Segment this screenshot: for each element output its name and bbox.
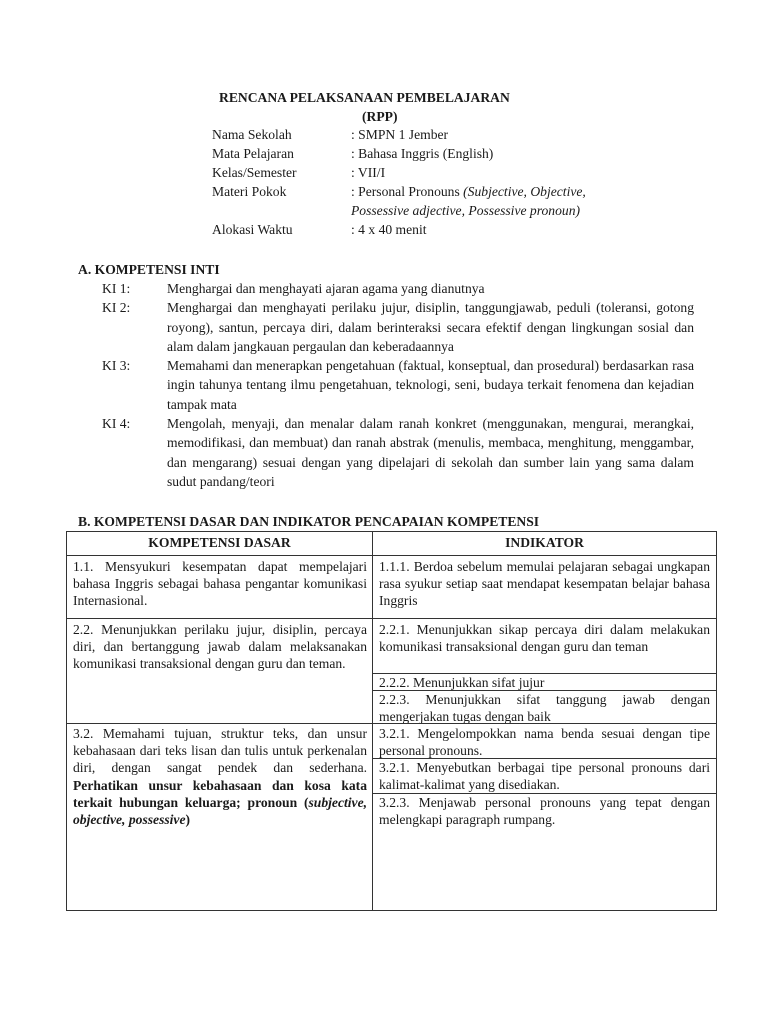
ki-text: Menghargai dan menghayati perilaku jujur…	[167, 298, 694, 356]
kd-cell: 1.1. Mensyukuri kesempatan dapat mempela…	[73, 558, 367, 610]
kd-text: 3.2. Memahami tujuan, struktur teks, dan…	[73, 726, 367, 775]
row-divider	[67, 555, 716, 556]
info-label: Kelas/Semester	[212, 163, 297, 182]
info-label: Nama Sekolah	[212, 125, 292, 144]
info-value: : VII/I	[351, 163, 385, 182]
ki-item: KI 3: Memahami dan menerapkan pengetahua…	[102, 356, 694, 414]
indicator-cell: 1.1.1. Berdoa sebelum memulai pelajaran …	[379, 558, 710, 610]
ki-item: KI 2: Menghargai dan menghayati perilaku…	[102, 298, 694, 356]
ki-item: KI 1: Menghargai dan menghayati ajaran a…	[102, 279, 694, 298]
ki-item: KI 4: Mengolah, menyaji, dan menalar dal…	[102, 414, 694, 491]
competency-table: KOMPETENSI DASAR INDIKATOR 1.1. Mensyuku…	[66, 531, 717, 911]
row-divider	[67, 723, 716, 724]
info-value-continued: Possessive adjective, Possessive pronoun…	[351, 201, 580, 220]
indicator-cell: 3.2.3. Menjawab personal pronouns yang t…	[379, 794, 710, 828]
indicator-cell: 3.2.1. Menyebutkan berbagai tipe persona…	[379, 759, 710, 793]
section-b-heading: B. KOMPETENSI DASAR DAN INDIKATOR PENCAP…	[78, 512, 539, 531]
indicator-cell: 2.2.2. Menunjukkan sifat jujur	[379, 674, 710, 691]
ki-text: Memahami dan menerapkan pengetahuan (fak…	[167, 356, 694, 414]
title-line-2: (RPP)	[362, 107, 397, 126]
title-line-1: RENCANA PELAKSANAAN PEMBELAJARAN	[219, 88, 510, 107]
indicator-cell: 2.2.1. Menunjukkan sikap percaya diri da…	[379, 621, 710, 655]
ki-code: KI 2:	[102, 298, 130, 317]
ki-code: KI 4:	[102, 414, 130, 433]
section-a-heading: A. KOMPETENSI INTI	[78, 260, 220, 279]
kd-bold-end: )	[186, 812, 191, 827]
ki-text: Mengolah, menyaji, dan menalar dalam ran…	[167, 414, 694, 491]
indicator-cell: 2.2.3. Menunjukkan sifat tanggung jawab …	[379, 691, 710, 725]
material-italic: (Subjective, Objective,	[463, 184, 586, 199]
info-value: : SMPN 1 Jember	[351, 125, 448, 144]
info-label: Mata Pelajaran	[212, 144, 294, 163]
info-label: Alokasi Waktu	[212, 220, 293, 239]
info-value: : Personal Pronouns (Subjective, Objecti…	[351, 182, 586, 201]
info-label: Materi Pokok	[212, 182, 286, 201]
ki-code: KI 3:	[102, 356, 130, 375]
column-divider	[372, 532, 373, 910]
header-indikator: INDIKATOR	[373, 532, 716, 554]
kd-cell: 2.2. Menunjukkan perilaku jujur, disipli…	[73, 621, 367, 673]
kd-cell: 3.2. Memahami tujuan, struktur teks, dan…	[73, 725, 367, 828]
info-value: : 4 x 40 menit	[351, 220, 427, 239]
ki-code: KI 1:	[102, 279, 130, 298]
material-main: : Personal Pronouns	[351, 184, 463, 199]
header-kompetensi-dasar: KOMPETENSI DASAR	[67, 532, 372, 554]
row-divider	[67, 618, 716, 619]
indicator-cell: 3.2.1. Mengelompokkan nama benda sesuai …	[379, 725, 710, 759]
ki-list: KI 1: Menghargai dan menghayati ajaran a…	[102, 279, 694, 491]
info-value: : Bahasa Inggris (English)	[351, 144, 493, 163]
ki-text: Menghargai dan menghayati ajaran agama y…	[167, 279, 694, 298]
